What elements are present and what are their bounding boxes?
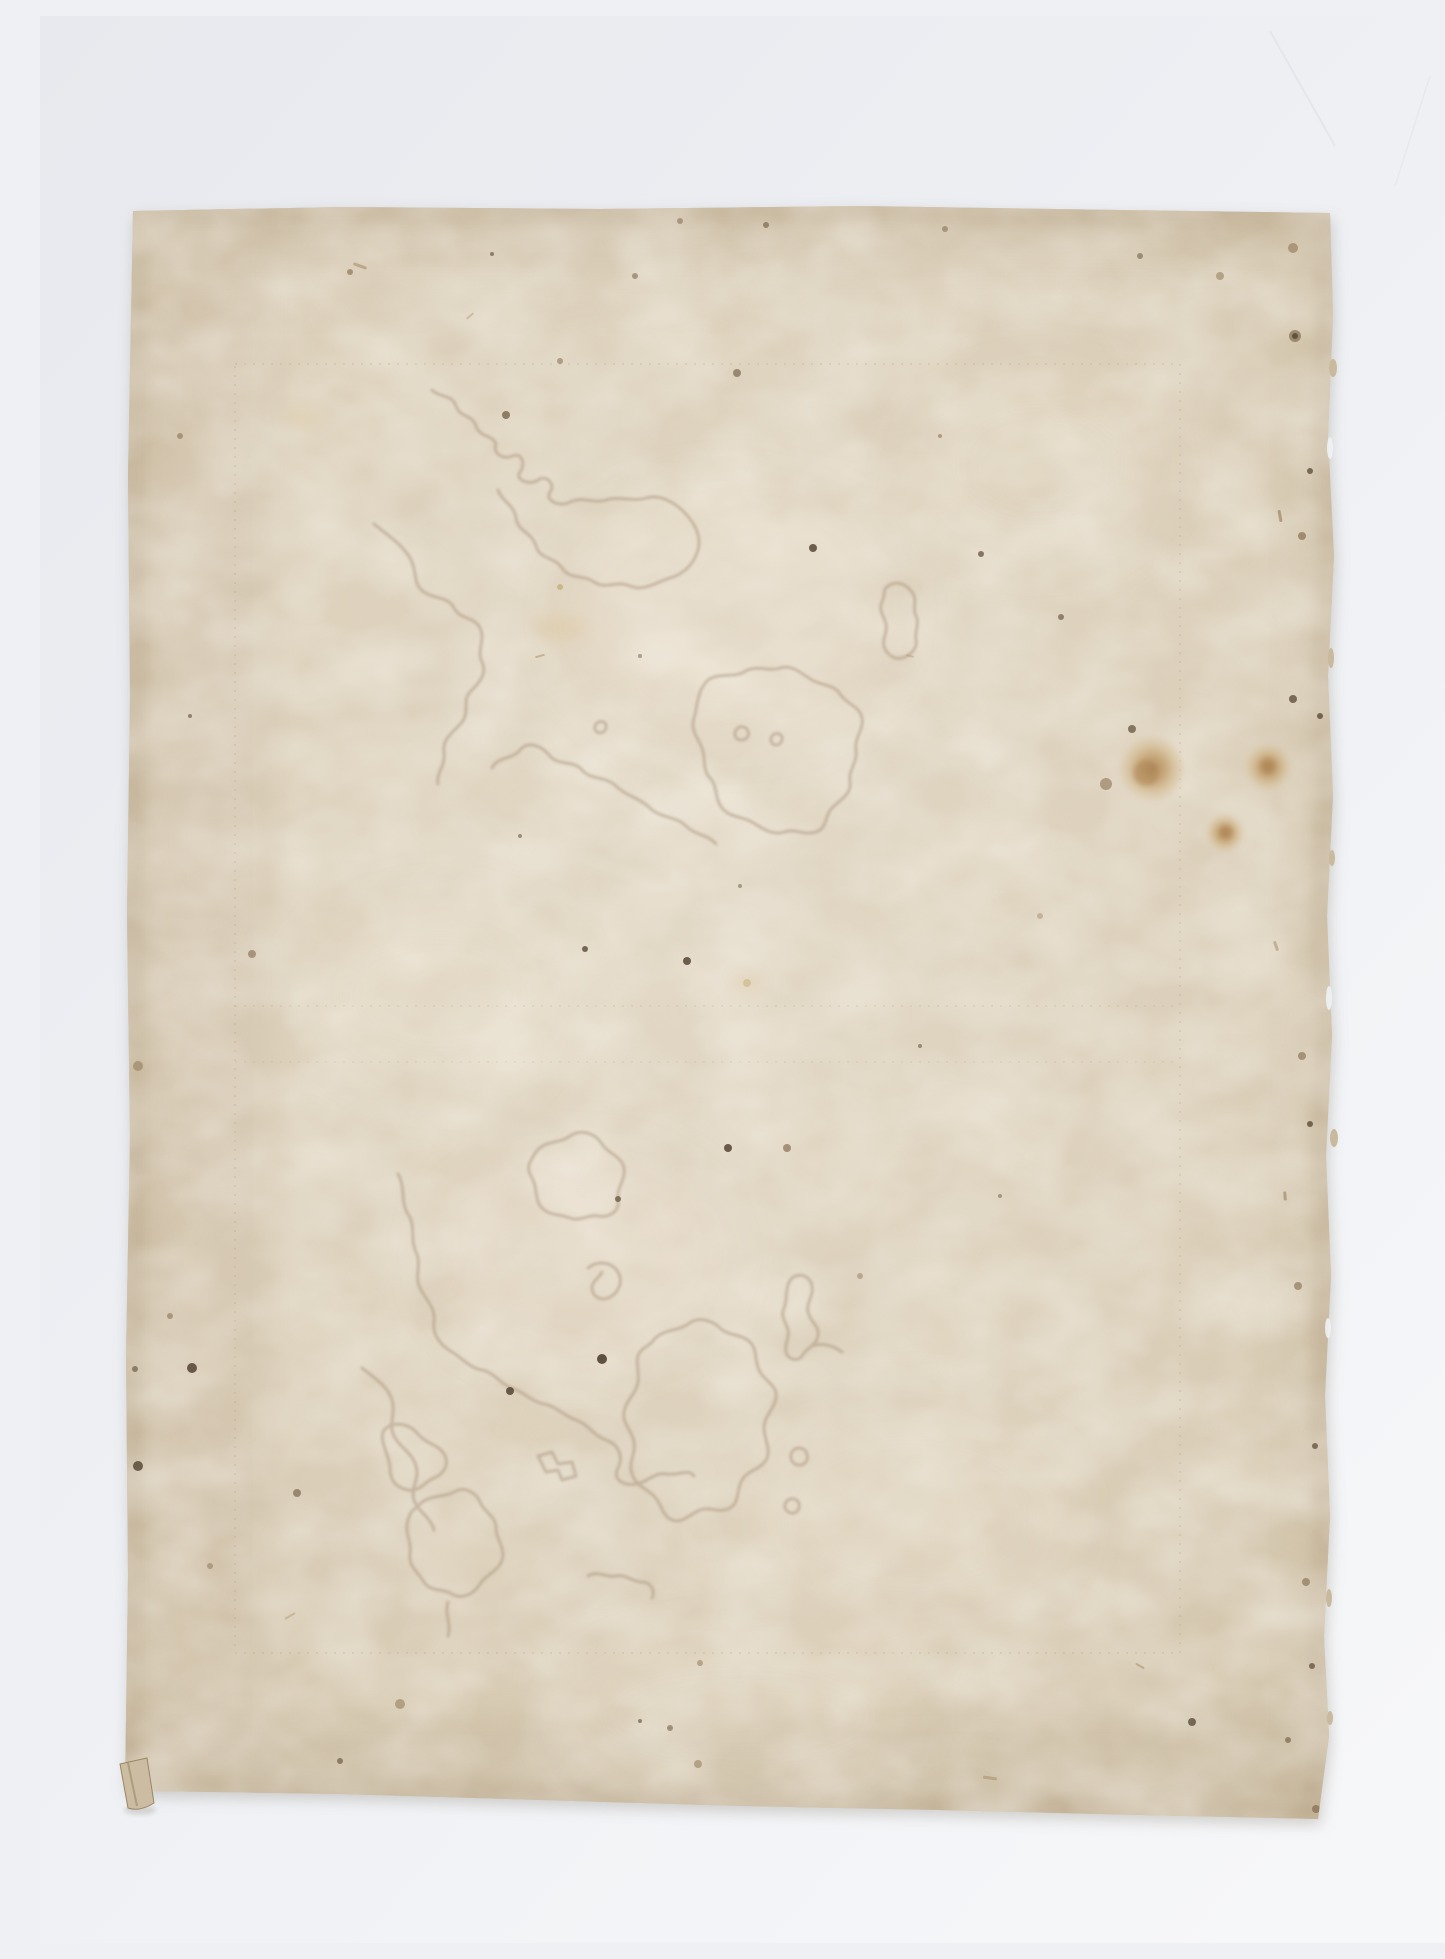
foxing-speck (293, 1489, 301, 1497)
foxing-speck (1289, 695, 1297, 703)
foxing-speck (918, 1044, 922, 1048)
foxing-speck (1312, 1805, 1320, 1813)
foxing-speck (978, 551, 984, 557)
foxing-speck (615, 1196, 621, 1202)
deckle-bump (1328, 648, 1334, 668)
foxing-speck (743, 979, 751, 987)
foxing-speck (557, 584, 563, 590)
foxing-speck (857, 1273, 863, 1279)
deckle-bump (1330, 1129, 1338, 1147)
ink-stain-core (1260, 758, 1276, 774)
foxing-speck (694, 1760, 702, 1768)
foxing-speck (942, 226, 948, 232)
light-patch (920, 376, 1160, 556)
deckle-bump (1326, 1589, 1332, 1607)
foxing-speck (638, 654, 642, 658)
foxing-speck (395, 1699, 405, 1709)
foxing-speck (733, 369, 741, 377)
foxing-speck (502, 411, 510, 419)
foxing-speck (1128, 725, 1136, 733)
foxing-speck (1037, 913, 1043, 919)
deckle-notch (1326, 986, 1332, 1010)
deckle-bump (1329, 359, 1337, 377)
foxing-speck (1298, 532, 1306, 540)
tinge-spot (534, 614, 586, 642)
deckle-notch (1325, 1318, 1331, 1338)
foxing-speck (1288, 243, 1298, 253)
foxing-speck (1216, 272, 1224, 280)
foxing-speck (337, 1758, 343, 1764)
foxing-speck (638, 1719, 642, 1723)
foxing-speck (667, 1725, 673, 1731)
foxing-speck (998, 1194, 1002, 1198)
foxing-speck (132, 1366, 138, 1372)
paper-sheet (40, 16, 1445, 1943)
foxing-speck (697, 1660, 703, 1666)
foxing-speck (187, 1363, 197, 1373)
foxing-speck (506, 1387, 514, 1395)
foxing-speck (167, 1313, 173, 1319)
deckle-notch (1327, 437, 1333, 459)
foxing-speck (582, 946, 588, 952)
foxing-speck (1188, 1718, 1196, 1726)
light-patch (560, 1636, 920, 1796)
light-patch (440, 1156, 720, 1356)
foxing-speck (763, 222, 769, 228)
photo-of-antique-paper-verso (40, 16, 1445, 1943)
foxing-speck (1100, 778, 1112, 790)
foxing-speck (938, 434, 942, 438)
foxing-speck (557, 358, 563, 364)
foxing-speck (1298, 1052, 1306, 1060)
foxing-speck (1307, 468, 1313, 474)
deckle-bump (1327, 1711, 1333, 1725)
foxing-speck (783, 1144, 791, 1152)
foxing-speck (518, 834, 522, 838)
foxing-speck (632, 273, 638, 279)
foxing-speck (248, 950, 256, 958)
foxing-speck (724, 1144, 732, 1152)
foxing-speck (738, 884, 742, 888)
foxing-speck (1302, 1578, 1310, 1586)
foxing-speck (1137, 253, 1143, 259)
foxing-speck (1058, 614, 1064, 620)
foxing-speck (1317, 713, 1323, 719)
light-patch (310, 906, 570, 1086)
ink-stain-core (1219, 825, 1233, 839)
foxing-speck (1285, 1737, 1291, 1743)
foxing-speck (207, 1563, 213, 1569)
foxing-speck (683, 957, 691, 965)
foxing-speck (1312, 1443, 1318, 1449)
foxing-speck (1294, 1282, 1302, 1290)
tinge-spot (282, 404, 322, 428)
light-patch (750, 1406, 1070, 1626)
foxing-speck (490, 252, 494, 256)
scene-svg (40, 16, 1445, 1943)
foxing-speck (1309, 1663, 1315, 1669)
foxing-speck (1307, 1121, 1313, 1127)
foxing-speck (1292, 333, 1298, 339)
foxing-speck (188, 714, 192, 718)
foxing-speck (809, 544, 817, 552)
foxing-speck (597, 1354, 607, 1364)
ink-stain-core (1133, 760, 1159, 786)
foxing-speck (133, 1461, 143, 1471)
foxing-speck (133, 1061, 143, 1071)
foxing-speck (347, 269, 353, 275)
deckle-bump (1329, 850, 1335, 866)
light-patch (570, 496, 890, 736)
foxing-speck (177, 433, 183, 439)
foxing-speck (677, 218, 683, 224)
